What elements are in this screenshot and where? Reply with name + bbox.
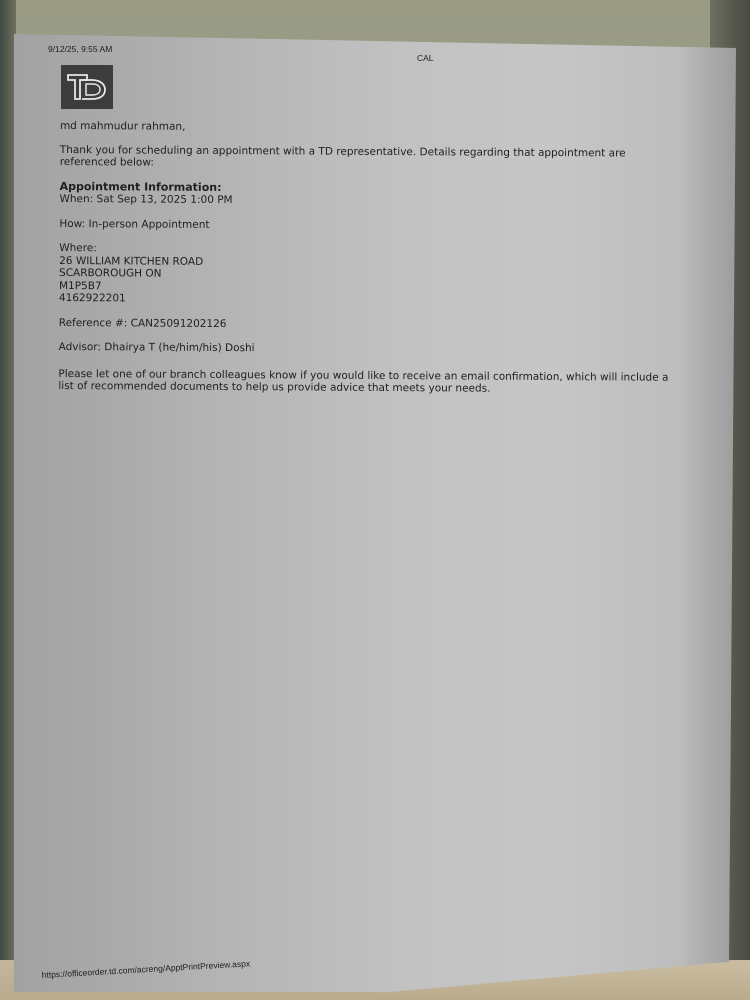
printed-page: 9/12/25, 9:55 AM CAL md mahmudur rahman,… — [14, 32, 736, 992]
letter-body: md mahmudur rahman, Thank you for schedu… — [58, 120, 680, 396]
print-header-datetime: 9/12/25, 9:55 AM — [48, 44, 112, 54]
td-bank-logo-icon — [61, 65, 113, 109]
closing-paragraph: Please let one of our branch colleagues … — [58, 367, 678, 396]
intro-paragraph: Thank you for scheduling an appointment … — [60, 143, 680, 172]
background-left — [0, 0, 16, 1000]
greeting: md mahmudur rahman, — [60, 120, 680, 136]
print-header-title: CAL — [417, 53, 434, 63]
print-footer-url: https://officeorder.td.com/acreng/ApptPr… — [41, 958, 250, 980]
advisor-name: Advisor: Dhairya T (he/him/his) Doshi — [59, 341, 679, 357]
